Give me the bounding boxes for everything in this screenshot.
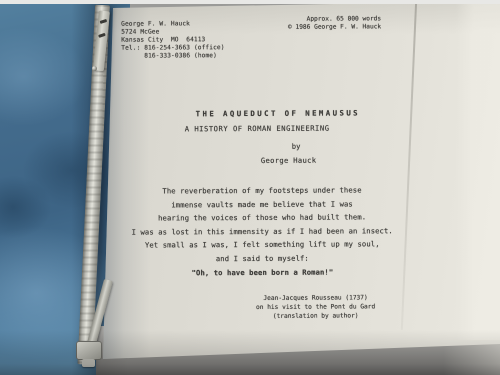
clip-rivet [92, 66, 97, 71]
attribution-line: (translation by author) [237, 312, 395, 322]
copyright-line: © 1986 George F. W. Hauck [277, 23, 381, 32]
binder-latch [76, 341, 102, 360]
attribution-line: on his visit to the Pont du Gard [237, 303, 395, 313]
manuscript-meta-block: Approx. 65 000 words © 1986 George F. W.… [277, 15, 381, 32]
manuscript-title: THE AQUEDUCT OF NEMAUSUS [196, 108, 360, 118]
byline-prefix: by [292, 142, 301, 151]
manuscript-photo: George F. W. Hauck 5724 McGee Kansas Cit… [0, 0, 500, 375]
quote-line-emphasis: "Oh, to have been born a Roman!" [118, 265, 406, 280]
sender-phone-office: Tel.: 816-254-3663 (office) [121, 44, 224, 52]
quote-line: hearing the voices of those who had buil… [118, 210, 406, 225]
epigraph-quote: The reverberation of my footsteps under … [118, 183, 406, 280]
typed-text-layer: George F. W. Hauck 5724 McGee Kansas Cit… [0, 0, 500, 375]
clip-slot [100, 19, 108, 24]
photo-top-edge [0, 0, 500, 4]
author-name: George Hauck [261, 156, 317, 165]
quote-attribution: Jean-Jacques Rousseau (1737) on his visi… [237, 294, 395, 321]
clip-slot [98, 33, 106, 38]
binder-latch-tab [82, 359, 95, 367]
sender-phone-home: 816-333-0386 (home) [121, 52, 224, 60]
sender-address-block: George F. W. Hauck 5724 McGee Kansas Cit… [121, 20, 224, 60]
quote-line: Yet small as I was, I felt something lif… [118, 238, 406, 253]
manuscript-subtitle: A HISTORY OF ROMAN ENGINEERING [185, 124, 330, 134]
